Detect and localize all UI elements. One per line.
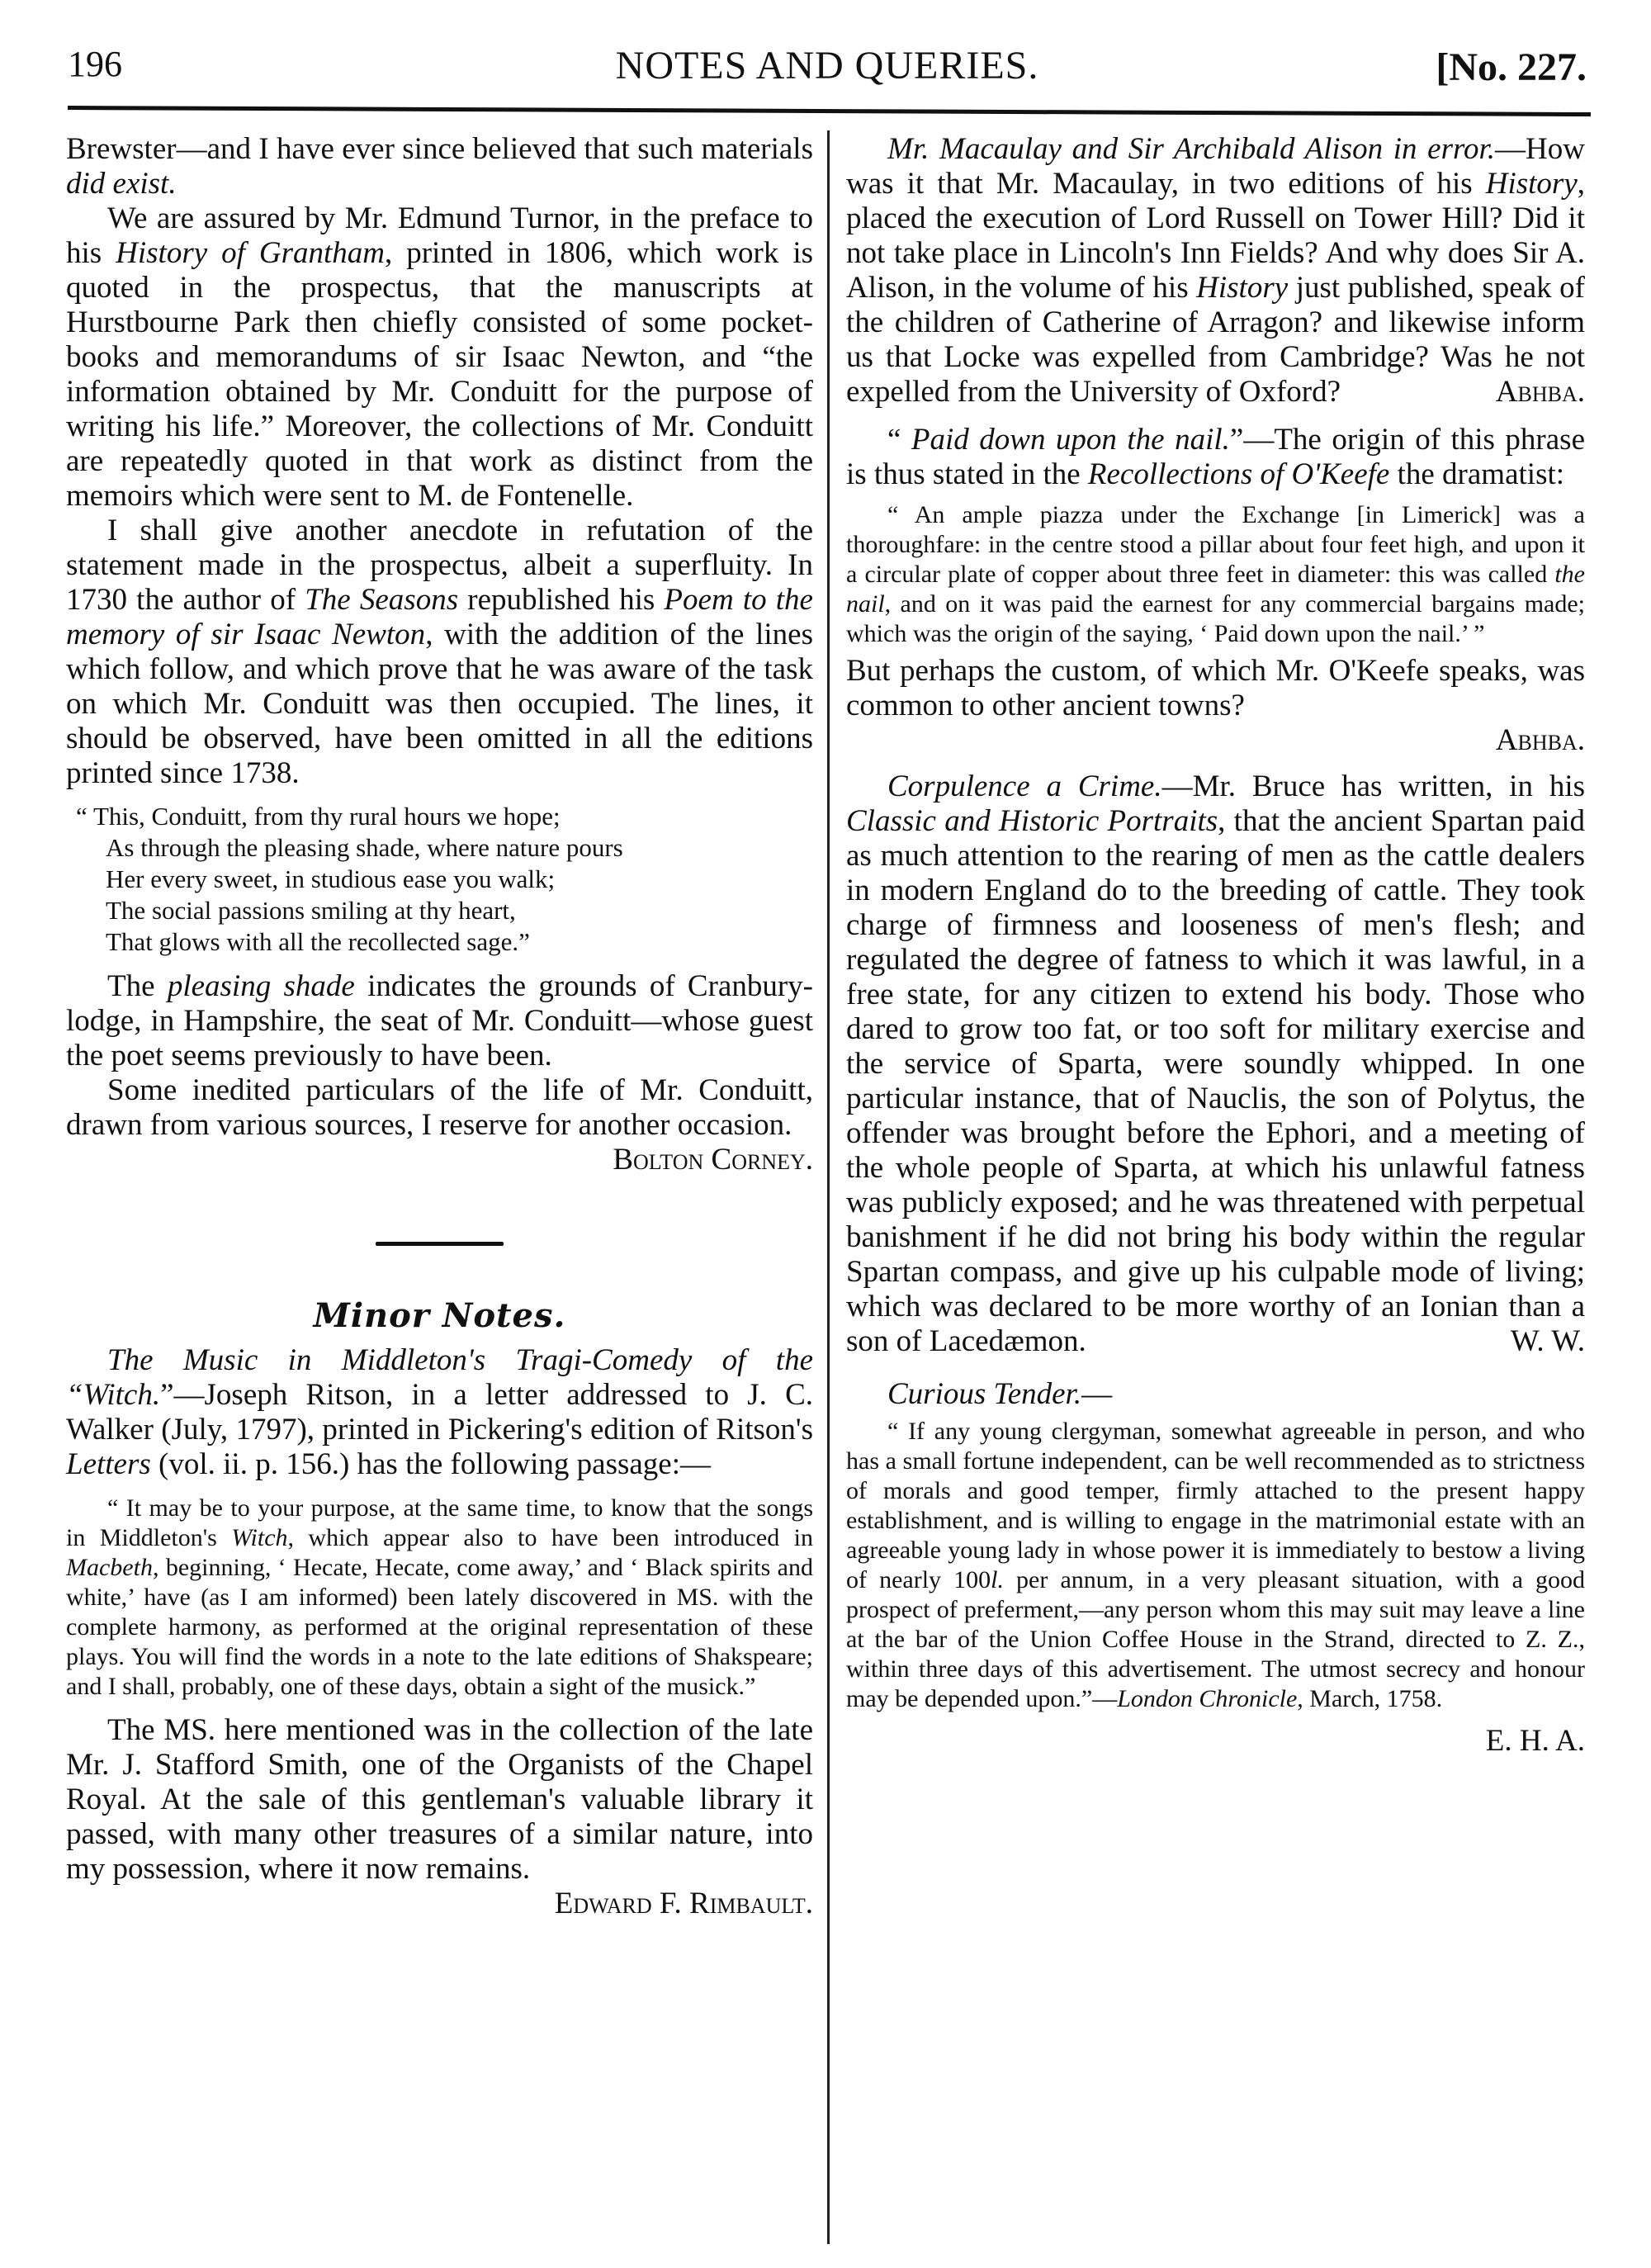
- poem-line: That glows with all the recollected sage…: [76, 926, 813, 958]
- poem-line: The social passions smiling at thy heart…: [76, 895, 813, 926]
- signature-abhba-2: Abhba.: [846, 723, 1585, 758]
- signature-eha: E. H. A.: [846, 1724, 1585, 1759]
- note-title: Corpulence a Crime.: [887, 769, 1162, 803]
- issue-number: [No. 227.: [1436, 45, 1587, 90]
- poem-line: As through the pleasing shade, where nat…: [76, 832, 813, 864]
- paragraph-pleasing-shade: The pleasing shade indicates the grounds…: [66, 969, 813, 1073]
- paragraph-custom-common: But perhaps the custom, of which Mr. O'K…: [846, 654, 1585, 723]
- column-divider: [827, 130, 830, 2244]
- section-heading-minor-notes: Minor Notes.: [66, 1299, 813, 1333]
- header-rule: [68, 106, 1591, 116]
- quote-okeefe: “ An ample piazza under the Exchange [in…: [846, 500, 1585, 649]
- paragraph-anecdote: I shall give another anecdote in refutat…: [66, 514, 813, 791]
- left-column: Brewster—and I have ever since believed …: [66, 132, 813, 1921]
- note-paid-upon-nail: “ Paid down upon the nail.”—The origin o…: [846, 423, 1585, 492]
- note-macaulay-alison: Mr. Macaulay and Sir Archibald Alison in…: [846, 132, 1585, 410]
- title-history-of-grantham: History of Grantham: [116, 236, 385, 270]
- quote-london-chronicle: “ If any young clergyman, somewhat agree…: [846, 1417, 1585, 1714]
- poem-quote: “ This, Conduitt, from thy rural hours w…: [76, 801, 813, 958]
- section-divider: [376, 1242, 504, 1246]
- right-column: Mr. Macaulay and Sir Archibald Alison in…: [846, 132, 1585, 1759]
- note-title: Mr. Macaulay and Sir Archibald Alison in…: [887, 132, 1495, 166]
- quote-ritson-letter: “ It may be to your purpose, at the same…: [66, 1494, 813, 1702]
- signature-ww: W. W.: [1469, 1324, 1585, 1359]
- paragraph-ms-mentioned: The MS. here mentioned was in the collec…: [66, 1713, 813, 1887]
- note-corpulence-crime: Corpulence a Crime.—Mr. Bruce has writte…: [846, 769, 1585, 1359]
- journal-title: NOTES AND QUERIES.: [68, 43, 1587, 88]
- note-title: Curious Tender.: [887, 1377, 1081, 1411]
- signature-edward-rimbault: Edward F. Rimbault.: [66, 1887, 813, 1921]
- note-title: Paid down upon the nail.: [911, 423, 1230, 457]
- paragraph-brewster: Brewster—and I have ever since believed …: [66, 132, 813, 201]
- note-curious-tender: Curious Tender.—: [846, 1377, 1585, 1412]
- signature-bolton-corney: Bolton Corney.: [571, 1143, 813, 1177]
- page-header: 196 NOTES AND QUERIES. [No. 227.: [68, 43, 1587, 101]
- poem-line: “ This, Conduitt, from thy rural hours w…: [76, 801, 813, 832]
- paragraph-inedited: Some inedited particulars of the life of…: [66, 1073, 813, 1177]
- paragraph-turnor: We are assured by Mr. Edmund Turnor, in …: [66, 201, 813, 514]
- poem-line: Her every sweet, in studious ease you wa…: [76, 864, 813, 895]
- paragraph-middleton-music: The Music in Middleton's Tragi-Comedy of…: [66, 1343, 813, 1482]
